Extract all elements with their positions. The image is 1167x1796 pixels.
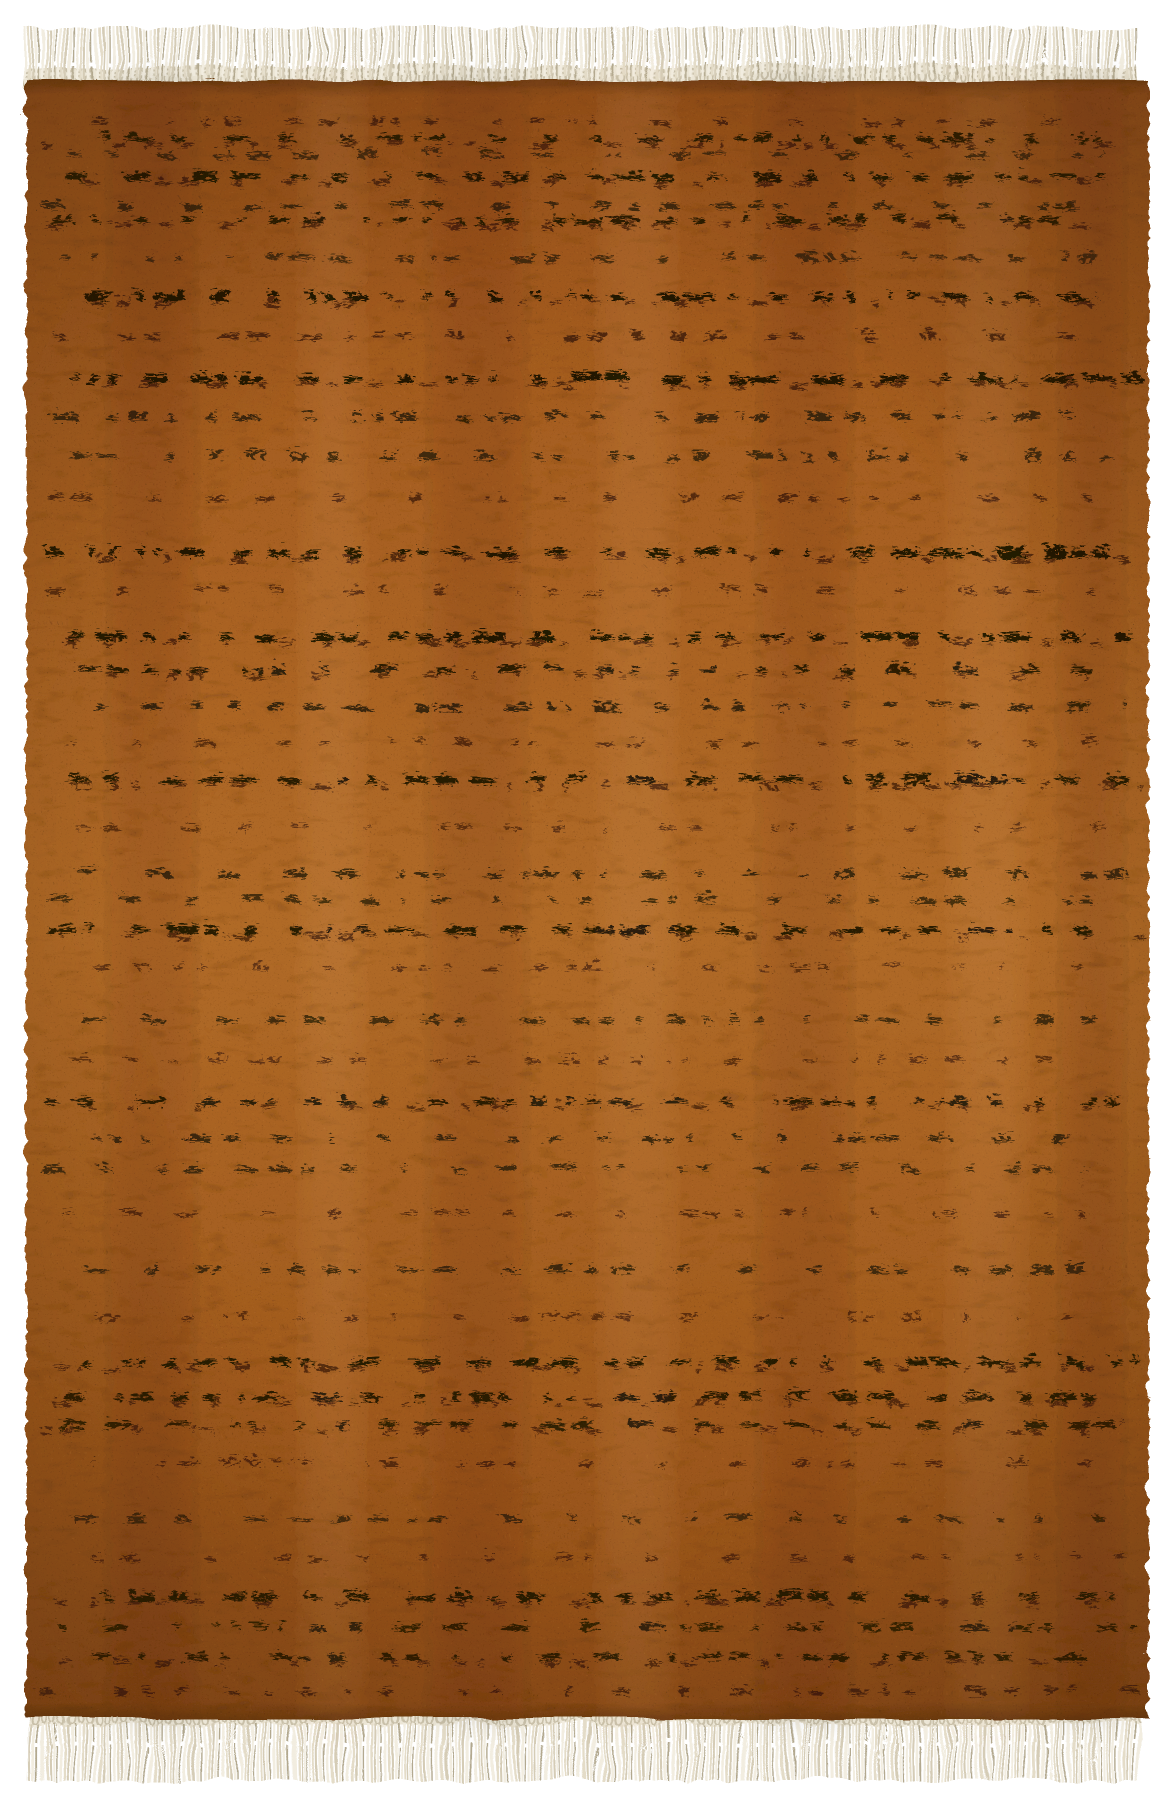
rug-vignette bbox=[24, 78, 1146, 1716]
fringe-bottom-strands bbox=[26, 1720, 1138, 1778]
fringe-top-strands bbox=[20, 25, 1134, 75]
rug-top-edge-shadow bbox=[24, 78, 1146, 94]
rug-bottom-edge-shadow bbox=[24, 1700, 1146, 1716]
fringe-top bbox=[20, 25, 1134, 84]
rug-photo-svg bbox=[0, 0, 1167, 1796]
product-photo: Top-down product photo of a rust-orange … bbox=[0, 0, 1167, 1796]
rug-pile bbox=[24, 78, 1146, 1716]
